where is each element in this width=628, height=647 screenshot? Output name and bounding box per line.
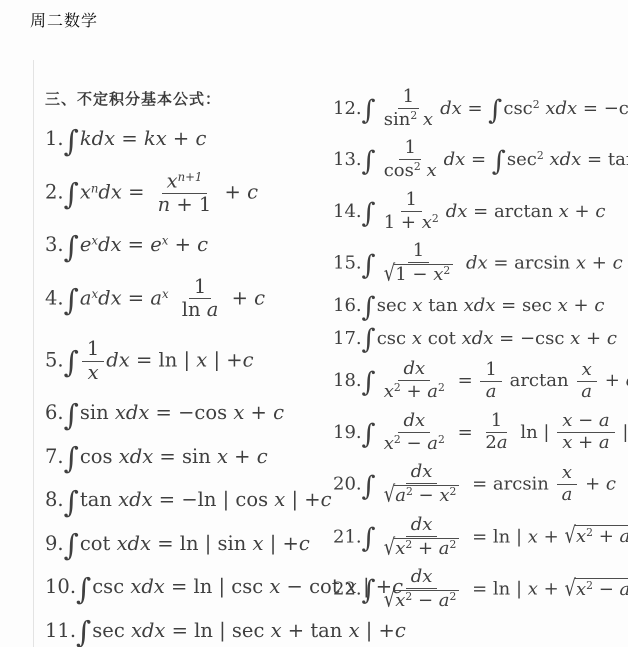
math-variable: n — [158, 193, 171, 216]
math-text: 5. — [45, 349, 64, 372]
math-variable: c — [321, 488, 332, 511]
math-variable: kdx — [80, 127, 115, 150]
math-text: + — [569, 201, 596, 222]
formula-item: 20.∫dx√a2 − x2 = arcsin xa + c — [333, 463, 616, 506]
math-variable: x — [582, 359, 592, 380]
math-text: 4. — [45, 286, 64, 309]
fraction: dx√x2 − a2 — [379, 568, 465, 611]
math-text: 1 — [406, 189, 417, 210]
integral-sign-icon: ∫ — [64, 352, 79, 374]
math-variable: x — [80, 180, 91, 203]
radicand: x2 − a2 — [575, 578, 628, 601]
math-text: = ln | sec — [165, 619, 270, 642]
math-variable: x — [217, 445, 228, 468]
integral-sign-icon: ∫ — [362, 425, 376, 445]
math-text: 1 — [194, 275, 206, 298]
math-variable: a — [80, 286, 92, 309]
radicand: a2 − x2 — [394, 485, 459, 506]
integral-sign-icon: ∫ — [76, 622, 91, 644]
math-text: 19. — [333, 422, 362, 443]
radicand: x2 + a2 — [575, 525, 628, 548]
math-variable: xdx — [118, 488, 152, 511]
math-text: = tan — [581, 149, 628, 170]
integral-sign-icon: ∫ — [64, 131, 79, 153]
math-text: = −cot — [577, 98, 628, 119]
fraction-numerator: dx — [406, 516, 438, 537]
math-variable: x — [412, 295, 422, 316]
math-superscript: 2 — [432, 212, 439, 225]
math-text: = −cos — [149, 401, 233, 424]
formula-item: 7.∫cos xdx = sin x + c — [45, 445, 268, 470]
math-text: = ln | — [466, 579, 527, 600]
math-text: = — [452, 370, 479, 391]
fraction: xa — [576, 361, 597, 402]
fraction: 1cos2 x — [379, 139, 442, 181]
fraction-denominator: √x2 − a2 — [379, 589, 465, 611]
math-variable: x — [349, 619, 360, 642]
formula-item: 8.∫tan xdx = −ln | cos x | +c — [45, 488, 332, 513]
math-variable: xdx — [115, 401, 149, 424]
square-root: √x2 + a2 — [384, 538, 460, 559]
fraction-denominator: x + a — [557, 433, 614, 453]
math-variable: c — [606, 474, 616, 495]
math-variable: a — [599, 410, 610, 431]
math-variable: x — [439, 485, 449, 506]
fraction: dx√a2 − x2 — [379, 463, 465, 506]
integral-sign-icon: ∫ — [64, 237, 79, 259]
math-text: + — [225, 286, 254, 309]
math-text: 7. — [45, 445, 64, 468]
math-variable: x — [528, 526, 538, 547]
math-variable: xdx — [462, 328, 494, 349]
math-variable: x — [88, 361, 99, 384]
math-variable: xdx — [544, 149, 582, 170]
math-text: 10. — [45, 575, 76, 598]
math-text: = — [122, 180, 151, 203]
math-text: − — [572, 410, 599, 431]
math-text: + — [218, 180, 247, 203]
math-variable: xdx — [119, 445, 153, 468]
square-root: √x2 − a2 — [384, 590, 460, 611]
math-text: 1 + — [384, 212, 422, 233]
math-text: + — [568, 295, 595, 316]
math-variable: dx — [106, 349, 129, 372]
math-variable: x — [576, 579, 586, 600]
radical-sign-icon: √ — [384, 589, 395, 613]
fraction: 11 + x2 — [379, 191, 444, 233]
math-variable: a — [562, 484, 573, 505]
math-text: 13. — [333, 149, 362, 170]
fraction-numerator: x — [577, 361, 597, 382]
math-text: 1 — [403, 86, 414, 107]
math-superscript: 2 — [533, 98, 540, 111]
math-superscript: 2 — [438, 433, 445, 446]
integral-sign-icon: ∫ — [492, 152, 506, 172]
section-heading: 三、不定积分基本公式： — [45, 88, 221, 109]
math-variable: x — [233, 401, 244, 424]
math-text: + — [412, 538, 439, 559]
math-superscript: 2 — [443, 264, 450, 277]
math-text: 1 — [485, 359, 496, 380]
math-variable: x — [433, 264, 443, 285]
fraction-numerator: 1 — [401, 191, 422, 212]
math-text: ln — [182, 298, 207, 321]
math-variable: c — [299, 532, 310, 555]
math-variable: xdx — [464, 295, 496, 316]
math-text: − — [401, 433, 428, 454]
math-variable: c — [594, 295, 604, 316]
fraction: x − ax + a — [557, 412, 614, 453]
math-text: + — [401, 381, 428, 402]
formula-item: 18.∫dxx2 + a2 = 1a arctan xa + c — [333, 360, 628, 402]
fraction-denominator: sin2 x — [379, 109, 438, 130]
integral-sign-icon: ∫ — [362, 330, 376, 350]
math-variable: x — [274, 488, 285, 511]
math-superscript: 2 — [450, 485, 457, 498]
math-variable: dx — [440, 98, 462, 119]
math-text: + — [168, 233, 197, 256]
math-variable: dx — [411, 461, 433, 482]
math-variable: x — [384, 381, 394, 402]
fraction-denominator: x — [83, 362, 104, 383]
integral-sign-icon: ∫ — [64, 405, 79, 427]
math-superscript: 2 — [537, 149, 544, 162]
math-variable: x — [528, 579, 538, 600]
math-variable: x — [384, 433, 394, 454]
math-variable: x — [562, 462, 572, 483]
math-variable: x — [417, 109, 433, 130]
fraction: dxx2 + a2 — [379, 360, 450, 402]
math-variable: x — [167, 169, 178, 192]
math-text: = ln | csc — [165, 575, 270, 598]
math-variable: xdx — [117, 532, 151, 555]
fraction-numerator: dx — [398, 360, 430, 381]
math-text: ln | — [515, 422, 556, 443]
math-text: + — [572, 432, 599, 453]
formula-item: 19.∫dxx2 − a2 = 12a ln | x − ax + a | +c — [333, 412, 628, 454]
formula-item: 6.∫sin xdx = −cos x + c — [45, 401, 284, 426]
fraction-denominator: cos2 x — [379, 160, 442, 181]
document-page: 周二数学 三、不定积分基本公式： 1.∫kdx = kx + c2.∫xndx … — [0, 0, 628, 647]
math-variable: dx — [444, 149, 466, 170]
math-text: sin — [80, 401, 115, 424]
fraction-denominator: x2 + a2 — [379, 381, 450, 402]
math-text: 2. — [45, 180, 64, 203]
math-text: cos — [384, 160, 414, 181]
math-variable: xdx — [131, 619, 165, 642]
math-text: 12. — [333, 98, 362, 119]
math-variable: a — [207, 298, 219, 321]
math-superscript: 2 — [438, 381, 445, 394]
math-text: = arctan — [467, 201, 558, 222]
math-variable: x — [570, 328, 580, 349]
math-variable: a — [620, 579, 628, 600]
radical-sign-icon: √ — [564, 523, 575, 550]
math-text: | + — [285, 488, 320, 511]
fraction-numerator: dx — [406, 568, 438, 589]
math-text: 1 − — [395, 264, 433, 285]
math-text: cos — [80, 445, 119, 468]
integral-sign-icon: ∫ — [362, 529, 376, 549]
math-variable: a — [439, 590, 450, 611]
math-text: csc — [377, 328, 412, 349]
math-variable: x — [558, 295, 568, 316]
math-variable: xdx — [540, 98, 578, 119]
fraction-denominator: √1 − x2 — [379, 263, 459, 285]
math-variable: x — [196, 349, 207, 372]
math-text: + — [593, 526, 620, 547]
math-variable: e — [80, 233, 92, 256]
math-text: 11. — [45, 619, 76, 642]
fraction-numerator: 1 — [398, 88, 419, 109]
math-text: tan — [423, 295, 464, 316]
fraction-numerator: x − a — [557, 412, 614, 433]
math-text: 9. — [45, 532, 64, 555]
math-variable: x — [576, 526, 586, 547]
fraction: 1a — [480, 361, 501, 402]
math-variable: x — [253, 532, 264, 555]
formula-item: 1.∫kdx = kx + c — [45, 127, 206, 152]
integral-sign-icon: ∫ — [362, 204, 376, 224]
math-variable: e — [150, 233, 162, 256]
integral-sign-icon: ∫ — [76, 579, 91, 601]
math-variable: c — [247, 180, 258, 203]
math-variable: c — [254, 286, 265, 309]
math-text: − — [593, 579, 620, 600]
radical-sign-icon: √ — [564, 575, 575, 602]
formula-item: 4.∫axdx = ax 1ln a + c — [45, 277, 265, 321]
fraction: 1sin2 x — [379, 88, 438, 130]
math-variable: c — [257, 445, 268, 468]
math-variable: dx — [411, 566, 433, 587]
math-variable: a — [497, 432, 508, 453]
fraction-numerator: 1 — [399, 139, 420, 160]
integral-sign-icon: ∫ — [362, 373, 376, 393]
math-text: + — [586, 253, 613, 274]
math-text: 1. — [45, 127, 64, 150]
math-text: = ln | — [466, 526, 527, 547]
math-text: − — [413, 485, 440, 506]
math-superscript: 2 — [450, 590, 457, 603]
fraction: 1√1 − x2 — [379, 242, 459, 285]
math-text — [169, 286, 175, 309]
math-text: + — [244, 401, 273, 424]
formula-item: 21.∫dx√x2 + a2 = ln | x + √x2 + a2 | +c — [333, 516, 628, 559]
math-variable: x — [412, 328, 422, 349]
math-variable: a — [581, 381, 592, 402]
math-text: + — [599, 370, 626, 391]
math-text: csc — [503, 98, 532, 119]
fraction-numerator: dx — [398, 412, 430, 433]
math-variable: a — [620, 526, 628, 547]
integral-sign-icon: ∫ — [64, 535, 79, 557]
fraction-numerator: 1 — [486, 412, 507, 433]
math-variable: dx — [411, 514, 433, 535]
fraction: 1ln a — [177, 277, 224, 321]
math-text: 22. — [333, 579, 362, 600]
math-variable: a — [599, 432, 610, 453]
fraction-numerator: 1 — [408, 242, 429, 263]
math-text: csc — [92, 575, 130, 598]
math-text: | + — [207, 349, 242, 372]
math-variable: x — [422, 212, 432, 233]
fraction-numerator: 1 — [82, 339, 104, 361]
formula-item: 17.∫csc x cot xdx = −csc x + c — [333, 328, 617, 351]
math-variable: dx — [460, 253, 487, 274]
integral-sign-icon: ∫ — [362, 298, 376, 318]
math-superscript: 2 — [586, 579, 593, 592]
math-text: sec — [377, 295, 413, 316]
math-text: sin — [384, 109, 411, 130]
math-text: 14. — [333, 201, 362, 222]
math-text: + 1 — [170, 193, 211, 216]
math-text: 1 — [413, 240, 424, 261]
math-variable: c — [613, 253, 623, 274]
math-variable: x — [576, 253, 586, 274]
math-variable: dx — [98, 286, 121, 309]
formula-item: 2.∫xndx = xn+1n + 1 + c — [45, 171, 258, 215]
radical-sign-icon: √ — [384, 484, 395, 508]
math-text: 18. — [333, 370, 362, 391]
math-variable: a — [439, 538, 450, 559]
math-text: = — [122, 286, 151, 309]
fraction-denominator: √a2 − x2 — [379, 484, 465, 506]
radicand: x2 − a2 — [394, 590, 459, 611]
math-variable: a — [486, 381, 497, 402]
math-text: + — [579, 474, 606, 495]
formula-item: 22.∫dx√x2 − a2 = ln | x + √x2 − a2 | +c — [333, 568, 628, 611]
math-variable: x — [562, 432, 572, 453]
math-variable: dx — [446, 201, 468, 222]
math-variable: c — [273, 401, 284, 424]
formula-item: 15.∫1√1 − x2 dx = arcsin x + c — [333, 242, 623, 285]
math-variable: x — [395, 538, 405, 559]
math-text: = −ln | cos — [153, 488, 275, 511]
fraction: dxx2 − a2 — [379, 412, 450, 454]
math-text: + — [538, 579, 565, 600]
math-superscript: 2 — [586, 526, 593, 539]
math-text: 20. — [333, 474, 362, 495]
square-root: √a2 − x2 — [384, 485, 460, 506]
page-title: 周二数学 — [30, 8, 98, 31]
fraction-numerator: x — [557, 464, 577, 485]
fraction: xn+1n + 1 — [153, 171, 217, 215]
formula-item: 11.∫sec xdx = ln | sec x + tan x | +c — [45, 619, 406, 644]
math-superscript: 2 — [414, 160, 421, 173]
math-text: + tan — [282, 619, 349, 642]
fraction-numerator: 1 — [480, 361, 501, 382]
fraction-denominator: x2 − a2 — [379, 433, 450, 454]
math-text: = sec — [495, 295, 557, 316]
square-root: √x2 − a2 — [564, 578, 628, 601]
formula-item: 5.∫1xdx = ln | x | +c — [45, 339, 254, 383]
math-variable: x — [421, 160, 437, 181]
math-variable: x — [269, 575, 280, 598]
math-text: | + — [360, 619, 395, 642]
fraction-denominator: a — [557, 485, 578, 505]
math-text: cot — [422, 328, 462, 349]
radical-sign-icon: √ — [384, 536, 395, 560]
fraction-denominator: a — [576, 382, 597, 402]
math-text: 8. — [45, 488, 64, 511]
square-root: √x2 + a2 — [564, 525, 628, 548]
fraction-numerator: dx — [406, 463, 438, 484]
fraction-denominator: 1 + x2 — [379, 212, 444, 233]
integral-sign-icon: ∫ — [64, 184, 79, 206]
left-margin-divider — [33, 60, 34, 647]
math-variable: xdx — [130, 575, 164, 598]
formula-item: 12.∫1sin2 xdx = ∫csc2 xdx = −cot x + c — [333, 88, 628, 130]
math-superscript: 2 — [450, 538, 457, 551]
math-variable: c — [595, 201, 605, 222]
integral-sign-icon: ∫ — [362, 581, 376, 601]
radicand: 1 − x2 — [394, 264, 453, 285]
math-text: = −csc — [493, 328, 570, 349]
math-text: − — [412, 590, 439, 611]
math-text: 15. — [333, 253, 362, 274]
math-variable: kx — [144, 127, 167, 150]
math-variable: a — [395, 485, 406, 506]
square-root: √1 − x2 — [384, 264, 454, 285]
math-variable: dx — [98, 233, 121, 256]
math-text: sec — [507, 149, 537, 170]
radical-sign-icon: √ — [384, 263, 395, 287]
math-text: + — [580, 328, 607, 349]
math-superscript: x — [162, 287, 169, 301]
math-variable: dx — [98, 180, 121, 203]
fraction-denominator: a — [481, 382, 502, 402]
integral-sign-icon: ∫ — [362, 477, 376, 497]
fraction-denominator: 2a — [480, 433, 512, 453]
math-text: 1 — [87, 337, 99, 360]
math-text: 6. — [45, 401, 64, 424]
math-variable: dx — [403, 410, 425, 431]
formula-item: 13.∫1cos2 xdx = ∫sec2 xdx = tan x + c — [333, 139, 628, 181]
integral-sign-icon: ∫ — [64, 448, 79, 470]
math-superscript: 2 — [406, 485, 413, 498]
math-text: = — [452, 422, 479, 443]
math-variable: x — [271, 619, 282, 642]
math-text: | + — [264, 532, 299, 555]
math-text: = arcsin — [488, 253, 576, 274]
math-text: | + — [617, 422, 628, 443]
math-text: 1 — [491, 410, 502, 431]
integral-sign-icon: ∫ — [64, 290, 79, 312]
fraction: 1x — [82, 339, 104, 383]
fraction: 12a — [480, 412, 512, 453]
formula-item: 3.∫exdx = ex + c — [45, 233, 208, 258]
math-text: 16. — [333, 295, 362, 316]
math-text: tan — [80, 488, 118, 511]
fraction-numerator: xn+1 — [162, 171, 208, 194]
integral-sign-icon: ∫ — [362, 256, 376, 276]
math-superscript: 2 — [394, 381, 401, 394]
math-text: + — [167, 127, 196, 150]
math-text: = sin — [153, 445, 217, 468]
math-text: 21. — [333, 526, 362, 547]
integral-sign-icon: ∫ — [64, 492, 79, 514]
fraction: dx√x2 + a2 — [379, 516, 465, 559]
math-text: = — [462, 98, 489, 119]
math-superscript: n+1 — [178, 170, 203, 184]
integral-sign-icon: ∫ — [362, 152, 376, 172]
math-text: = arcsin — [466, 474, 554, 495]
math-variable: c — [195, 127, 206, 150]
math-text: 17. — [333, 328, 362, 349]
math-variable: c — [395, 619, 406, 642]
fraction-denominator: √x2 + a2 — [379, 537, 465, 559]
formula-column-right: 12.∫1sin2 xdx = ∫csc2 xdx = −cot x + c13… — [333, 88, 628, 611]
